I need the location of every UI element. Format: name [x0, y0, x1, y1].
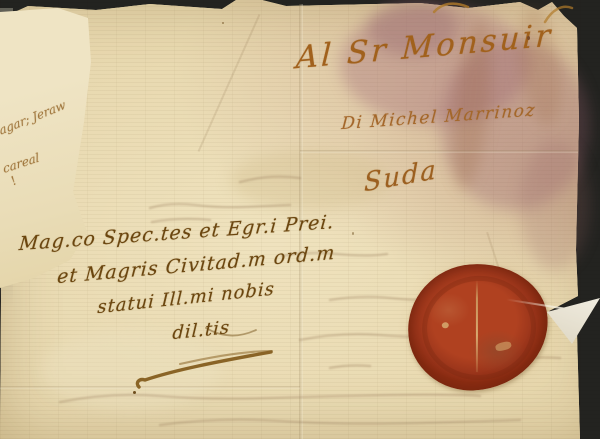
- ink-speck: [527, 36, 530, 40]
- letter-photo: Al Sr Monsuir Di Michel Marrinoz Suda Ma…: [0, 0, 600, 439]
- ink-speck: [222, 22, 224, 24]
- purple-stain: [520, 140, 590, 270]
- ink-speck: [133, 391, 136, 394]
- seal-crack: [476, 280, 478, 372]
- ink-speck: [352, 232, 354, 235]
- seal-impression-ring: [419, 272, 540, 384]
